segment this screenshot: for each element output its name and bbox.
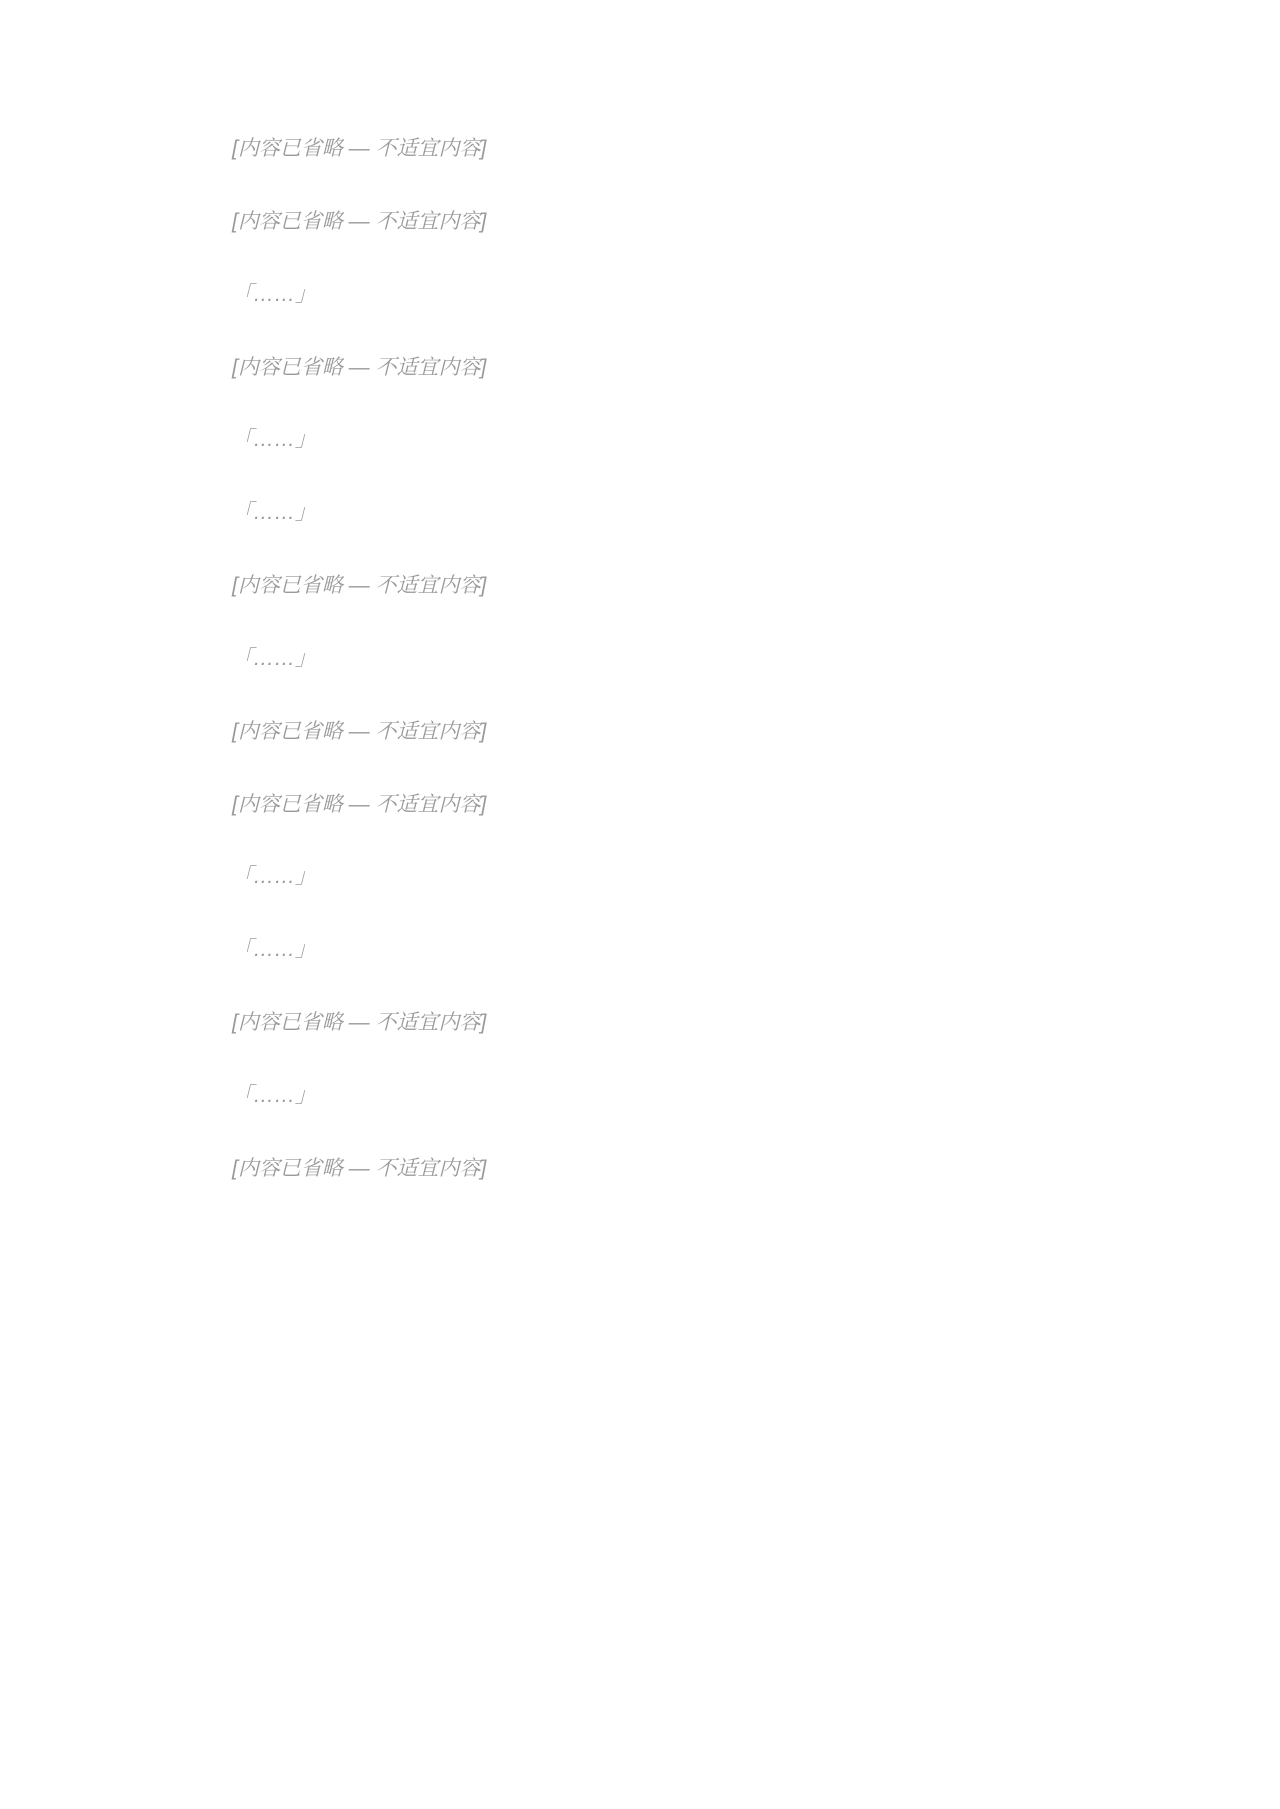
narration-paragraph: [内容已省略 — 不适宜内容] xyxy=(190,203,1090,242)
narration-paragraph: [内容已省略 — 不适宜内容] xyxy=(190,349,1090,388)
narration-paragraph: [内容已省略 — 不适宜内容] xyxy=(190,130,1090,169)
dialogue-paragraph: 「……」 xyxy=(190,494,1090,533)
narration-paragraph: [内容已省略 — 不适宜内容] xyxy=(190,1150,1090,1189)
dialogue-paragraph: 「……」 xyxy=(190,640,1090,679)
dialogue-paragraph: 「……」 xyxy=(190,858,1090,897)
dialogue-paragraph: 「……」 xyxy=(190,276,1090,315)
dialogue-paragraph: 「……」 xyxy=(190,1077,1090,1116)
dialogue-paragraph: 「……」 xyxy=(190,931,1090,970)
document-page: [内容已省略 — 不适宜内容][内容已省略 — 不适宜内容]「……」[内容已省略… xyxy=(0,0,1280,1809)
dialogue-paragraph: 「……」 xyxy=(190,421,1090,460)
narration-paragraph: [内容已省略 — 不适宜内容] xyxy=(190,713,1090,752)
narration-paragraph: [内容已省略 — 不适宜内容] xyxy=(190,786,1090,825)
narration-paragraph: [内容已省略 — 不适宜内容] xyxy=(190,567,1090,606)
paragraph-list: [内容已省略 — 不适宜内容][内容已省略 — 不适宜内容]「……」[内容已省略… xyxy=(190,130,1090,1189)
narration-paragraph: [内容已省略 — 不适宜内容] xyxy=(190,1004,1090,1043)
